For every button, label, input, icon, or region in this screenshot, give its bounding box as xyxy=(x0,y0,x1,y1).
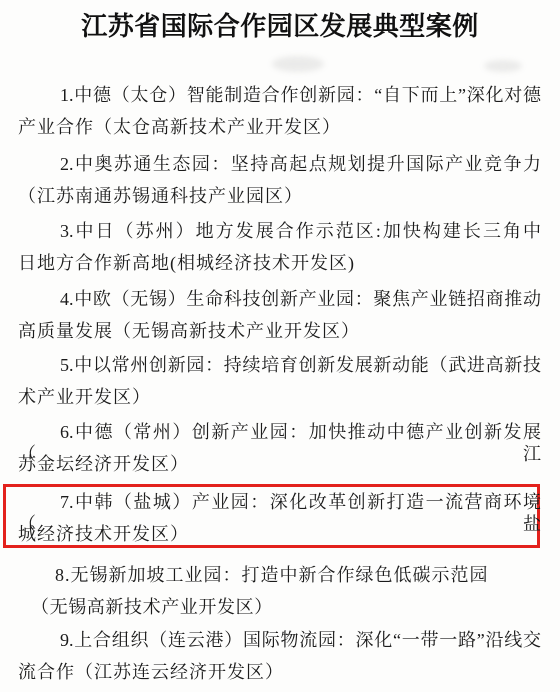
item-4-line-1: 4.中欧（无锡）生命科技创新产业园：聚焦产业链招商推动 xyxy=(18,288,541,310)
item-4-line-2: 高质量发展（无锡高新技术产业开发区） xyxy=(18,320,541,342)
item-1-line-1: 1.中德（太仓）智能制造合作创新园：“自下而上”深化对德 xyxy=(18,84,541,106)
item-2-line-1: 2.中奥苏通生态园：坚持高起点规划提升国际产业竞争力 xyxy=(18,153,541,175)
item-7-line-2: 城经济技术开发区） xyxy=(18,523,541,545)
document-title: 江苏省国际合作园区发展典型案例 xyxy=(0,6,560,43)
item-9-line-1: 9.上合组织（连云港）国际物流园：深化“一带一路”沿线交 xyxy=(18,629,541,651)
item-6-line-2: 苏金坛经济开发区） xyxy=(18,453,541,475)
item-1-line-2: 产业合作（太仓高新技术产业开发区） xyxy=(18,116,541,138)
item-3-line-2: 日地方合作新高地(相城经济技术开发区) xyxy=(18,252,541,274)
scan-smudge xyxy=(484,60,522,72)
item-8-line-2: （无锡高新技术产业开发区） xyxy=(18,596,541,618)
item-5-line-1: 5.中以常州创新园：持续培育创新发展新动能（武进高新技 xyxy=(18,354,541,376)
document-page: 江苏省国际合作园区发展典型案例 1.中德（太仓）智能制造合作创新园：“自下而上”… xyxy=(0,0,560,692)
scan-smudge xyxy=(272,56,324,72)
item-3-line-1: 3.中日（苏州）地方发展合作示范区:加快构建长三角中 xyxy=(18,220,541,242)
item-5-line-2: 术产业开发区） xyxy=(18,386,541,408)
item-9-line-2: 流合作（江苏连云经济开发区） xyxy=(18,661,541,683)
item-8-line-1: 8.无锡新加坡工业园：打造中新合作绿色低碳示范园 xyxy=(18,564,541,586)
item-2-line-2: （江苏南通苏锡通科技产业园区） xyxy=(18,185,541,207)
